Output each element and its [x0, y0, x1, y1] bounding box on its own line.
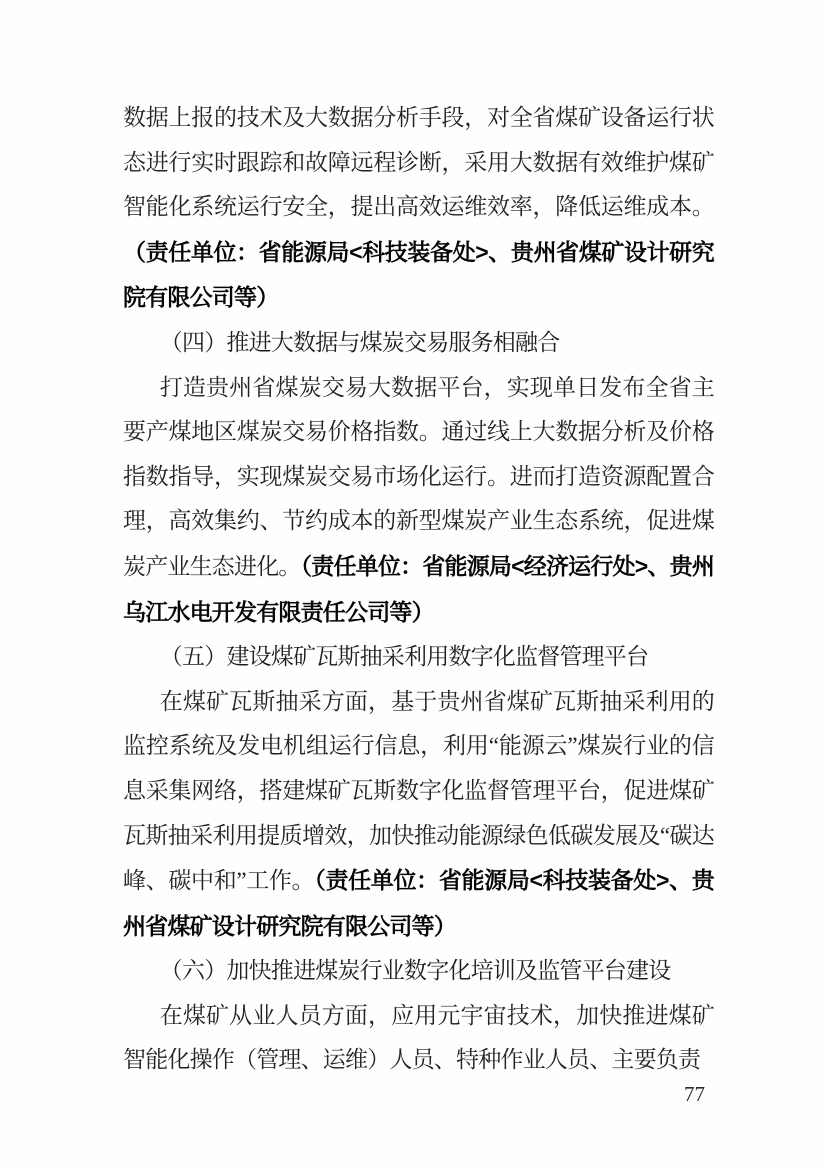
section-heading-6: （六）加快推进煤炭行业数字化培训及监管平台建设: [123, 949, 714, 994]
paragraph-section-5: 在煤矿瓦斯抽采方面，基于贵州省煤矿瓦斯抽采利用的监控系统及发电机组运行信息，利用…: [123, 680, 714, 950]
body-text: 在煤矿瓦斯抽采方面，基于贵州省煤矿瓦斯抽采利用的监控系统及发电机组运行信息，利用…: [123, 689, 714, 893]
section-heading-5: （五）建设煤矿瓦斯抽采利用数字化监督管理平台: [123, 635, 714, 680]
paragraph-continuation: 数据上报的技术及大数据分析手段，对全省煤矿设备运行状态进行实时跟踪和故障远程诊断…: [123, 96, 714, 321]
paragraph-section-6: 在煤矿从业人员方面，应用元宇宙技术，加快推进煤矿智能化操作（管理、运维）人员、特…: [123, 994, 714, 1083]
document-body: 数据上报的技术及大数据分析手段，对全省煤矿设备运行状态进行实时跟踪和故障远程诊断…: [123, 96, 714, 1083]
section-heading-4: （四）推进大数据与煤炭交易服务相融合: [123, 321, 714, 366]
paragraph-section-4: 打造贵州省煤炭交易大数据平台，实现单日发布全省主要产煤地区煤炭交易价格指数。通过…: [123, 366, 714, 636]
responsibility-unit-text: （责任单位：省能源局<科技装备处>、贵州省煤矿设计研究院有限公司等）: [123, 239, 714, 311]
document-page: 数据上报的技术及大数据分析手段，对全省煤矿设备运行状态进行实时跟踪和故障远程诊断…: [0, 0, 826, 1169]
body-text: 打造贵州省煤炭交易大数据平台，实现单日发布全省主要产煤地区煤炭交易价格指数。通过…: [123, 375, 714, 579]
page-number: 77: [684, 1082, 724, 1107]
body-text: 数据上报的技术及大数据分析手段，对全省煤矿设备运行状态进行实时跟踪和故障远程诊断…: [123, 105, 714, 219]
body-text: 在煤矿从业人员方面，应用元宇宙技术，加快推进煤矿智能化操作（管理、运维）人员、特…: [123, 1003, 714, 1073]
